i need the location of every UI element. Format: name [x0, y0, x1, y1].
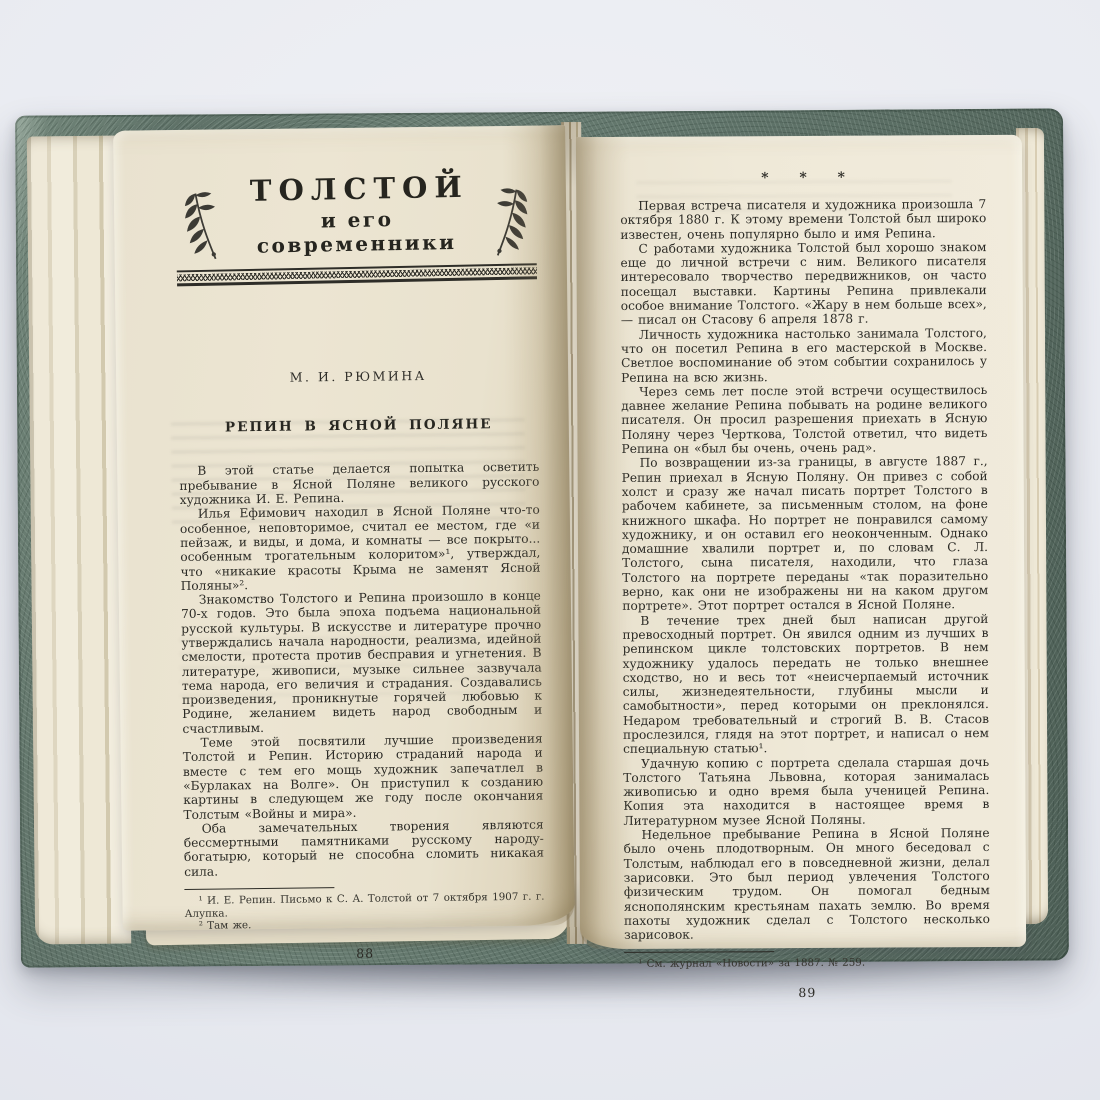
left-page: ТОЛСТОЙ и его современники [113, 125, 575, 930]
page-number-right: 89 [624, 984, 990, 1001]
open-book: ТОЛСТОЙ и его современники [18, 112, 1066, 964]
footnote-rule [184, 887, 334, 890]
laurel-right-icon [490, 178, 537, 261]
ornament-rule [177, 264, 537, 287]
body-paragraph: Знакомство Толстого и Репина произошло в… [181, 589, 543, 736]
body-paragraph: Через семь лет после этой встречи осущес… [621, 383, 987, 456]
section-divider: * * * [620, 169, 986, 187]
body-paragraph: Удачную копию с портрета сделала старшая… [623, 755, 989, 828]
author-name: М. И. РЮМИНА [178, 367, 538, 386]
body-paragraph: В этой статье делается попытка осветить … [179, 460, 539, 507]
chapter-title-line1: ТОЛСТОЙ [224, 171, 489, 207]
laurel-left-icon [176, 182, 223, 265]
chapter-ornament: ТОЛСТОЙ и его современники [176, 172, 537, 265]
body-paragraph: Недельное пребывание Репина в Ясной Поля… [623, 826, 990, 942]
article-title: РЕПИН В ЯСНОЙ ПОЛЯНЕ [179, 416, 539, 436]
footnote: ¹ См. журнал «Новости» за 1887. № 259. [624, 956, 990, 971]
chapter-title-line2: и его современники [224, 206, 489, 259]
body-paragraph: Илья Ефимович находил в Ясной Поляне что… [180, 503, 541, 593]
chapter-title: ТОЛСТОЙ и его современники [222, 172, 491, 264]
body-paragraph: Теме этой посвятили лучшие произведения … [183, 732, 544, 822]
body-paragraph: В течение трех дней был написан другой п… [622, 612, 989, 757]
body-paragraph: Первая встреча писателя и художника прои… [620, 197, 986, 242]
body-paragraph: Личность художника настолько занимала То… [621, 326, 987, 385]
right-page: * * * Первая встреча писателя и художник… [576, 135, 1026, 949]
body-paragraph: Оба замечательных творения являются бесс… [184, 817, 545, 879]
body-paragraph: С работами художника Толстой был хорошо … [620, 240, 986, 328]
body-paragraph: По возвращении из-за границы, в августе … [622, 454, 989, 613]
